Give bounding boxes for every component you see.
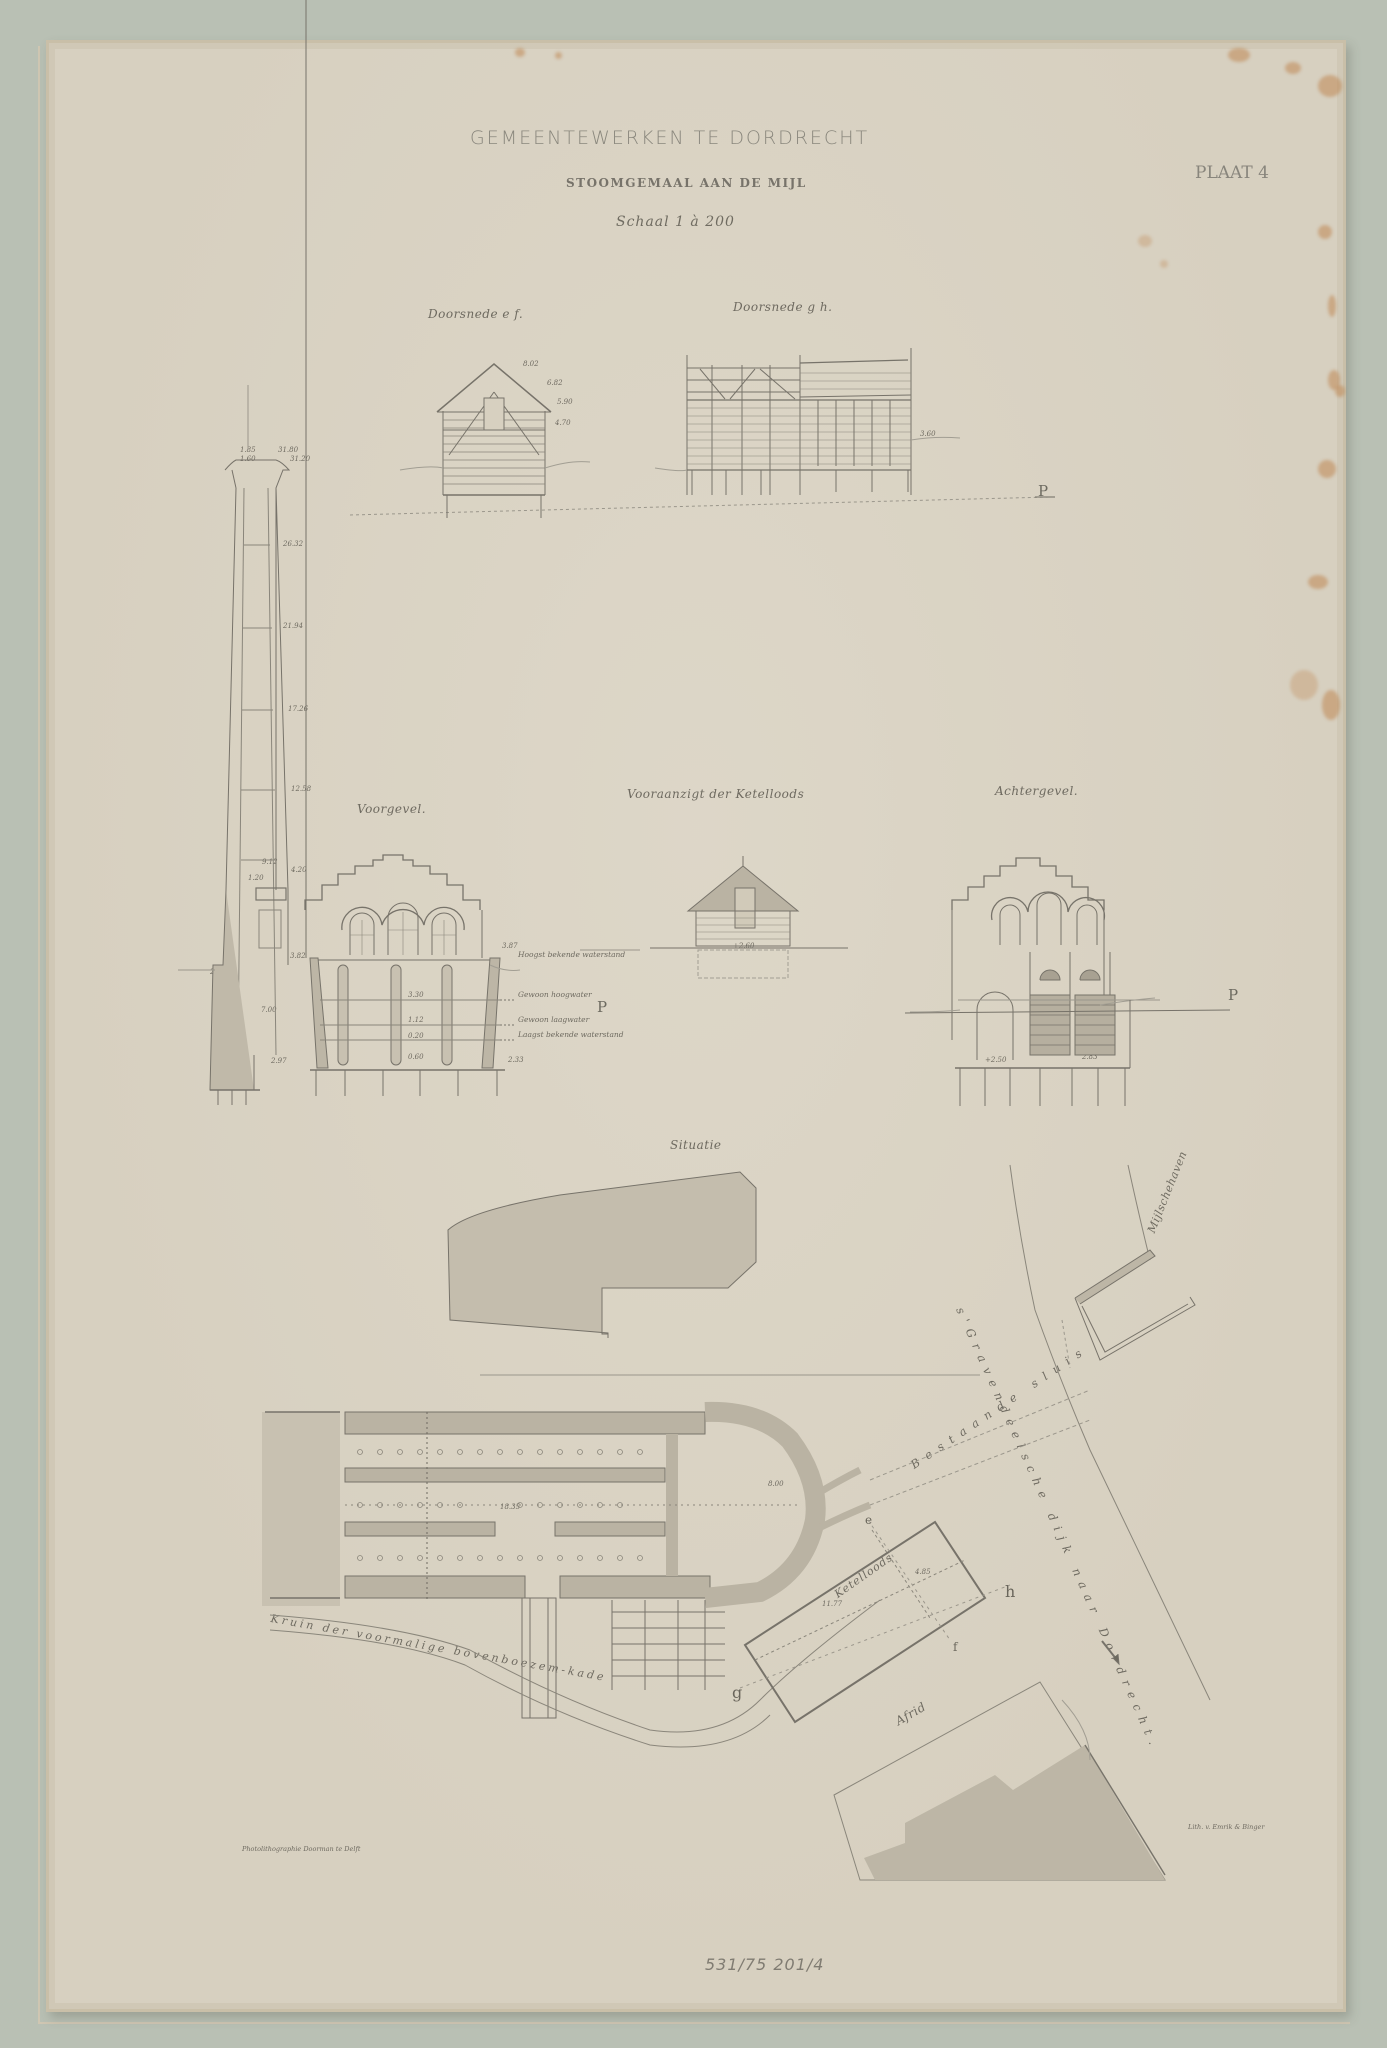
- chimney-drawing: [178, 385, 289, 1105]
- section-ef-drawing: [400, 364, 590, 518]
- oil-mill-outline: [448, 1172, 756, 1338]
- harbour-drawing: [1010, 1165, 1210, 1700]
- reference-line: [350, 497, 1050, 515]
- rear-facade-drawing: [905, 858, 1230, 1106]
- neighbouring-plot-fill: [864, 1745, 1165, 1880]
- drawing-linework: [0, 0, 1387, 2048]
- section-gh-drawing: [655, 348, 960, 495]
- front-facade-drawing: [305, 0, 640, 1096]
- flow-arrow-icon: [1102, 1641, 1119, 1664]
- boiler-house-front-drawing: [650, 856, 848, 978]
- pumping-station-plan: [262, 1375, 980, 1747]
